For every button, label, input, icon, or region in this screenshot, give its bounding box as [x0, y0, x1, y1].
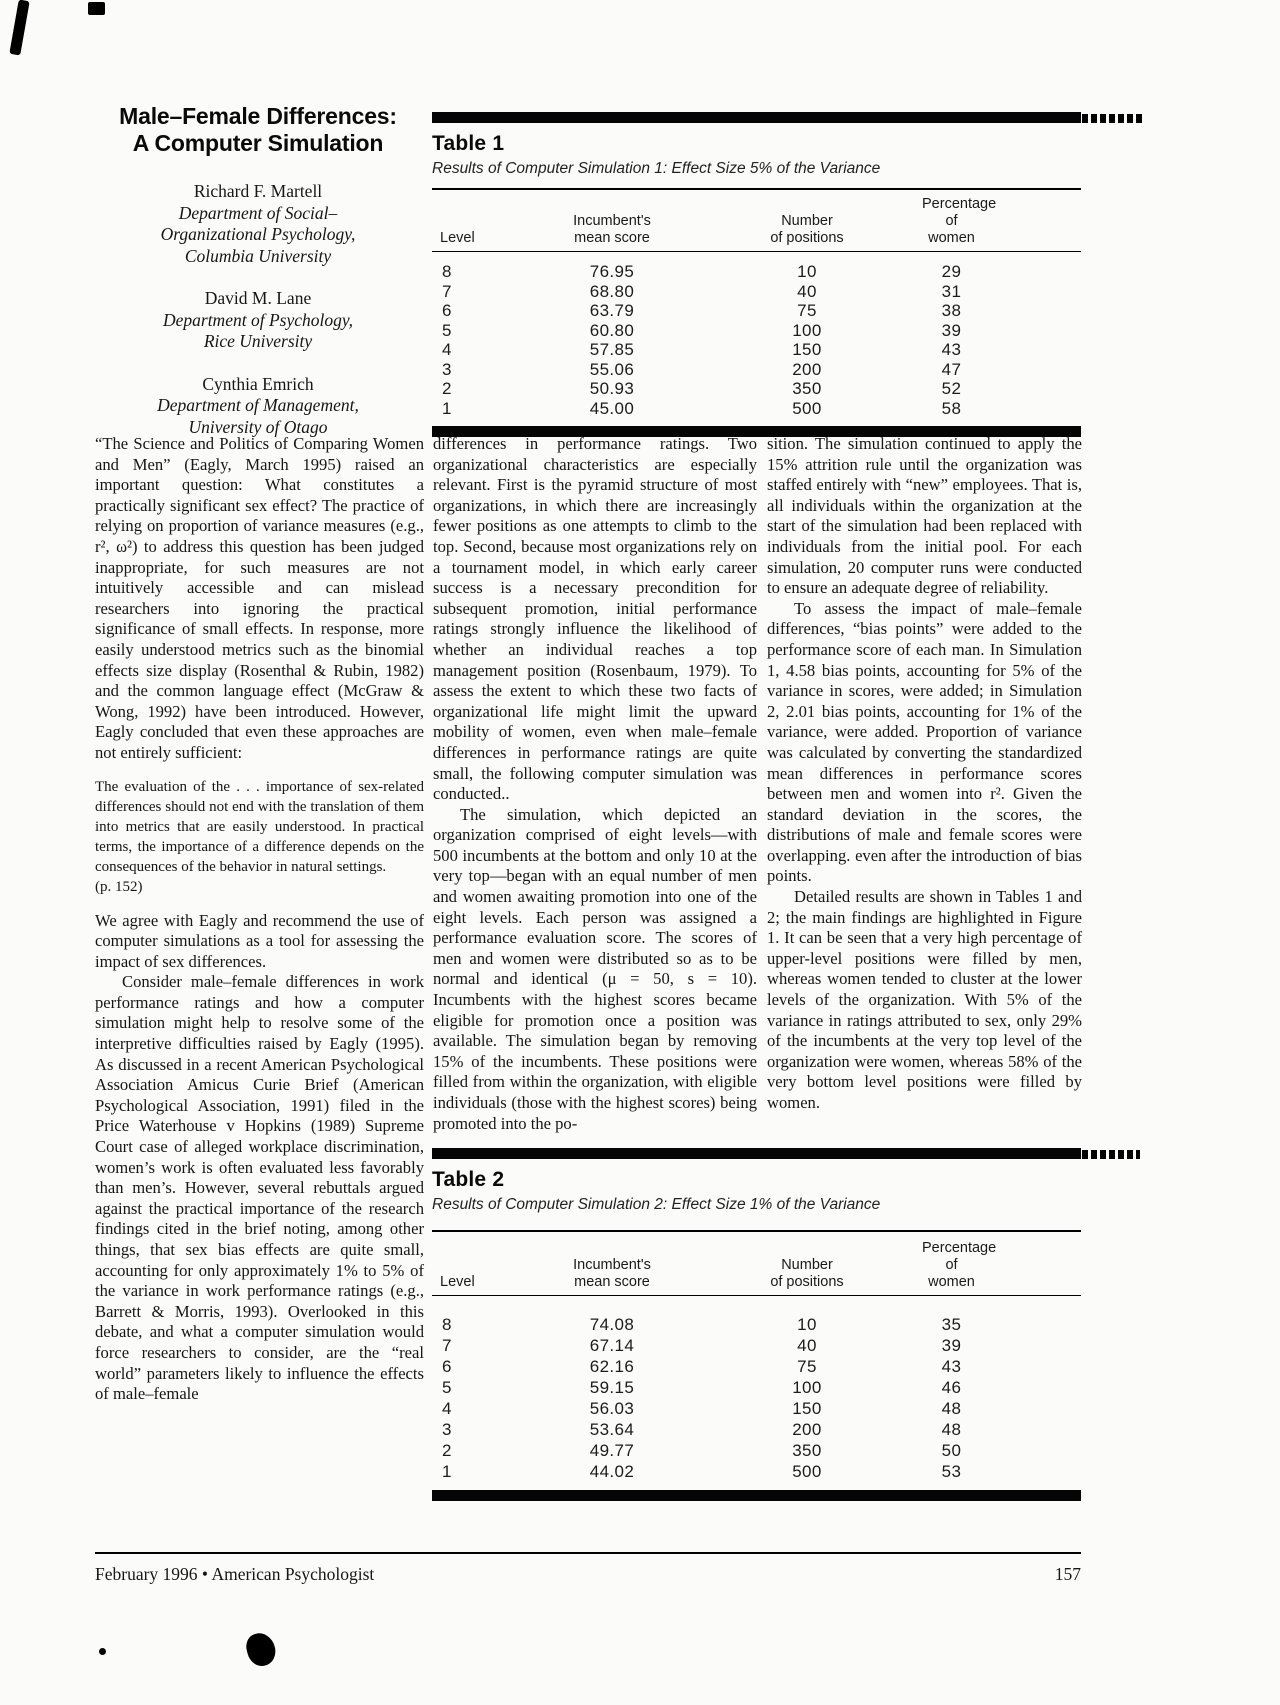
- paragraph: “The Science and Politics of Comparing W…: [95, 434, 424, 764]
- cell-women: 39: [922, 321, 1081, 341]
- cell-level: 2: [432, 1440, 532, 1461]
- title-line-2: A Computer Simulation: [93, 130, 423, 157]
- table-1: Table 1 Results of Computer Simulation 1…: [432, 112, 1081, 437]
- cell-women: 43: [922, 1356, 1081, 1377]
- column-header-women: Percentage of women: [922, 196, 1081, 247]
- cell-level: 1: [432, 1461, 532, 1482]
- paragraph: differences in performance ratings. Two …: [433, 434, 757, 805]
- table-1-caption: Results of Computer Simulation 1: Effect…: [432, 160, 1081, 178]
- paragraph: We agree with Eagly and recommend the us…: [95, 911, 424, 973]
- column-header-women: Percentage of women: [922, 1240, 1081, 1291]
- table-row: 144.0250053: [432, 1461, 1081, 1482]
- cell-positions: 40: [692, 282, 922, 302]
- cell-mean-score: 76.95: [532, 262, 692, 282]
- cell-women: 58: [922, 399, 1081, 419]
- column-header-positions: Number of positions: [692, 1257, 922, 1291]
- cell-positions: 200: [692, 1419, 922, 1440]
- cell-women: 47: [922, 360, 1081, 380]
- column-header-level: Level: [432, 230, 532, 247]
- table-rule: [432, 1230, 1081, 1232]
- page-title: Male–Female Differences: A Computer Simu…: [93, 103, 423, 157]
- table-header-row: Level Incumbent's mean score Number of p…: [432, 196, 1081, 247]
- cell-mean-score: 56.03: [532, 1398, 692, 1419]
- cell-women: 50: [922, 1440, 1081, 1461]
- paragraph: Consider male–female differences in work…: [95, 972, 424, 1404]
- table-row: 353.6420048: [432, 1419, 1081, 1440]
- scan-artifact: [243, 1630, 279, 1669]
- cell-mean-score: 53.64: [532, 1419, 692, 1440]
- cell-positions: 350: [692, 1440, 922, 1461]
- table-body: 876.951029 768.804031 663.797538 560.801…: [432, 262, 1081, 418]
- table-row: 768.804031: [432, 282, 1081, 302]
- table-row: 456.0315048: [432, 1398, 1081, 1419]
- column-header-mean-score: Incumbent's mean score: [532, 1257, 692, 1291]
- table-row: 767.144039: [432, 1335, 1081, 1356]
- author-affiliation-line: Columbia University: [93, 246, 423, 268]
- table-row: 355.0620047: [432, 360, 1081, 380]
- table-row: 250.9335052: [432, 379, 1081, 399]
- title-block: Male–Female Differences: A Computer Simu…: [93, 103, 423, 438]
- paragraph: The simulation, which depicted an organi…: [433, 805, 757, 1135]
- table-row: 876.951029: [432, 262, 1081, 282]
- cell-women: 46: [922, 1377, 1081, 1398]
- cell-level: 4: [432, 340, 532, 360]
- cell-positions: 75: [692, 1356, 922, 1377]
- cell-women: 52: [922, 379, 1081, 399]
- cell-positions: 200: [692, 360, 922, 380]
- scan-artifact: [88, 2, 105, 15]
- table-rule: [432, 251, 1081, 252]
- cell-mean-score: 55.06: [532, 360, 692, 380]
- cell-mean-score: 68.80: [532, 282, 692, 302]
- author-affiliation-line: Organizational Psychology,: [93, 224, 423, 246]
- table-1-label: Table 1: [432, 132, 1081, 156]
- cell-level: 7: [432, 1335, 532, 1356]
- cell-level: 6: [432, 301, 532, 321]
- cell-mean-score: 44.02: [532, 1461, 692, 1482]
- cell-positions: 150: [692, 1398, 922, 1419]
- cell-women: 35: [922, 1314, 1081, 1335]
- cell-level: 3: [432, 1419, 532, 1440]
- author-affiliation-line: Department of Social–: [93, 203, 423, 225]
- cell-level: 5: [432, 321, 532, 341]
- paragraph: sition. The simulation continued to appl…: [767, 434, 1082, 599]
- author-affiliation-line: Rice University: [93, 331, 423, 353]
- cell-women: 53: [922, 1461, 1081, 1482]
- cell-positions: 350: [692, 379, 922, 399]
- table-2-label: Table 2: [432, 1168, 1081, 1192]
- scan-artifact: [9, 0, 29, 56]
- author-block: Richard F. Martell Department of Social–…: [93, 181, 423, 267]
- cell-positions: 100: [692, 321, 922, 341]
- cell-women: 39: [922, 1335, 1081, 1356]
- table-body: 874.081035 767.144039 662.167543 559.151…: [432, 1314, 1081, 1482]
- cell-mean-score: 67.14: [532, 1335, 692, 1356]
- cell-level: 8: [432, 262, 532, 282]
- cell-women: 31: [922, 282, 1081, 302]
- author-name: Cynthia Emrich: [93, 374, 423, 396]
- cell-mean-score: 57.85: [532, 340, 692, 360]
- cell-positions: 40: [692, 1335, 922, 1356]
- author-affiliation-line: Department of Psychology,: [93, 310, 423, 332]
- table-top-rule: [432, 112, 1081, 123]
- author-affiliation-line: Department of Management,: [93, 395, 423, 417]
- cell-positions: 500: [692, 399, 922, 419]
- table-2: Table 2 Results of Computer Simulation 2…: [432, 1148, 1081, 1501]
- table-row: 145.0050058: [432, 399, 1081, 419]
- scan-artifact: [1082, 114, 1142, 123]
- table-row: 663.797538: [432, 301, 1081, 321]
- column-header-level: Level: [432, 1274, 532, 1291]
- text-column-left: “The Science and Politics of Comparing W…: [95, 434, 424, 1405]
- table-rule: [432, 1295, 1081, 1296]
- text-column-middle: differences in performance ratings. Two …: [433, 434, 757, 1134]
- column-header-mean-score: Incumbent's mean score: [532, 213, 692, 247]
- table-row: 457.8515043: [432, 340, 1081, 360]
- author-name: Richard F. Martell: [93, 181, 423, 203]
- cell-mean-score: 45.00: [532, 399, 692, 419]
- author-block: Cynthia Emrich Department of Management,…: [93, 374, 423, 439]
- table-row: 874.081035: [432, 1314, 1081, 1335]
- table-row: 249.7735050: [432, 1440, 1081, 1461]
- cell-level: 6: [432, 1356, 532, 1377]
- table-header-row: Level Incumbent's mean score Number of p…: [432, 1240, 1081, 1291]
- cell-women: 38: [922, 301, 1081, 321]
- cell-women: 48: [922, 1398, 1081, 1419]
- page-footer: February 1996 • American Psychologist 15…: [95, 1564, 1081, 1585]
- cell-positions: 10: [692, 1314, 922, 1335]
- block-quote-citation: (p. 152): [95, 877, 424, 897]
- table-row: 559.1510046: [432, 1377, 1081, 1398]
- cell-level: 5: [432, 1377, 532, 1398]
- cell-mean-score: 74.08: [532, 1314, 692, 1335]
- column-header-positions: Number of positions: [692, 213, 922, 247]
- cell-mean-score: 60.80: [532, 321, 692, 341]
- cell-level: 7: [432, 282, 532, 302]
- cell-level: 3: [432, 360, 532, 380]
- cell-women: 43: [922, 340, 1081, 360]
- table-bottom-rule: [432, 1490, 1081, 1501]
- paragraph: Detailed results are shown in Tables 1 a…: [767, 887, 1082, 1114]
- cell-mean-score: 49.77: [532, 1440, 692, 1461]
- page-number: 157: [1055, 1564, 1081, 1585]
- scan-artifact: [1082, 1150, 1140, 1159]
- cell-women: 29: [922, 262, 1081, 282]
- text-column-right: sition. The simulation continued to appl…: [767, 434, 1082, 1114]
- cell-mean-score: 50.93: [532, 379, 692, 399]
- cell-level: 4: [432, 1398, 532, 1419]
- cell-positions: 75: [692, 301, 922, 321]
- table-row: 560.8010039: [432, 321, 1081, 341]
- cell-mean-score: 59.15: [532, 1377, 692, 1398]
- scan-artifact: [99, 1648, 106, 1655]
- table-rule: [432, 188, 1081, 190]
- cell-positions: 500: [692, 1461, 922, 1482]
- cell-mean-score: 62.16: [532, 1356, 692, 1377]
- block-quote: The evaluation of the . . . importance o…: [95, 777, 424, 877]
- author-list: Richard F. Martell Department of Social–…: [93, 181, 423, 438]
- footer-rule: [95, 1552, 1081, 1554]
- author-block: David M. Lane Department of Psychology, …: [93, 288, 423, 353]
- cell-level: 2: [432, 379, 532, 399]
- title-line-1: Male–Female Differences:: [93, 103, 423, 130]
- cell-level: 1: [432, 399, 532, 419]
- cell-mean-score: 63.79: [532, 301, 692, 321]
- cell-women: 48: [922, 1419, 1081, 1440]
- table-2-caption: Results of Computer Simulation 2: Effect…: [432, 1196, 1081, 1214]
- journal-issue-line: February 1996 • American Psychologist: [95, 1564, 374, 1585]
- table-top-rule: [432, 1148, 1081, 1159]
- cell-level: 8: [432, 1314, 532, 1335]
- cell-positions: 10: [692, 262, 922, 282]
- table-row: 662.167543: [432, 1356, 1081, 1377]
- cell-positions: 150: [692, 340, 922, 360]
- paragraph: To assess the impact of male–female diff…: [767, 599, 1082, 887]
- cell-positions: 100: [692, 1377, 922, 1398]
- author-name: David M. Lane: [93, 288, 423, 310]
